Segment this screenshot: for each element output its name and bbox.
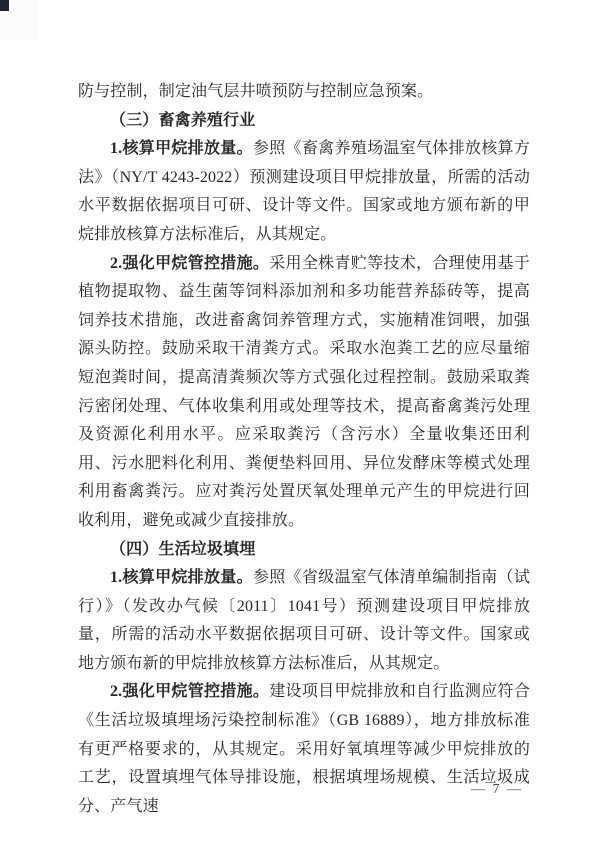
paragraph-body: 采用全株青贮等技术，合理使用基于植物提取物、益生菌等饲料添加剂和多功能营养舔砖等… — [78, 255, 530, 529]
paragraph-lead: 2.强化甲烷管控措施。 — [110, 683, 269, 700]
paragraph-landfill-accounting: 1.核算甲烷排放量。参照《省级温室气体清单编制指南（试行）》（发改办气候〔201… — [78, 564, 530, 678]
paragraph-livestock-accounting: 1.核算甲烷排放量。参照《畜禽养殖场温室气体排放核算方法》（NY/T 4243-… — [78, 135, 530, 249]
paragraph-lead: 1.核算甲烷排放量。 — [110, 569, 253, 586]
page-number: — 7 — — [471, 782, 523, 798]
paragraph-landfill-controls: 2.强化甲烷管控措施。建设项目甲烷排放和自行监测应符合《生活垃圾填埋场污染控制标… — [78, 678, 530, 821]
paragraph-lead: 2.强化甲烷管控措施。 — [110, 255, 269, 272]
section-heading-livestock: （三）畜禽养殖行业 — [78, 107, 530, 136]
paragraph-body: 建设项目甲烷排放和自行监测应符合《生活垃圾填埋场污染控制标准》（GB 16889… — [78, 683, 530, 814]
paragraph-livestock-controls: 2.强化甲烷管控措施。采用全株青贮等技术，合理使用基于植物提取物、益生菌等饲料添… — [78, 250, 530, 536]
document-page: 防与控制，制定油气层井喷预防与控制应急预案。 （三）畜禽养殖行业 1.核算甲烷排… — [0, 0, 600, 848]
scan-corner-mark — [0, 0, 9, 11]
document-body: 防与控制，制定油气层井喷预防与控制应急预案。 （三）畜禽养殖行业 1.核算甲烷排… — [78, 78, 530, 821]
paragraph-lead: 1.核算甲烷排放量。 — [110, 140, 253, 157]
section-heading-landfill: （四）生活垃圾填埋 — [78, 536, 530, 565]
paragraph-continuation: 防与控制，制定油气层井喷预防与控制应急预案。 — [78, 78, 530, 107]
